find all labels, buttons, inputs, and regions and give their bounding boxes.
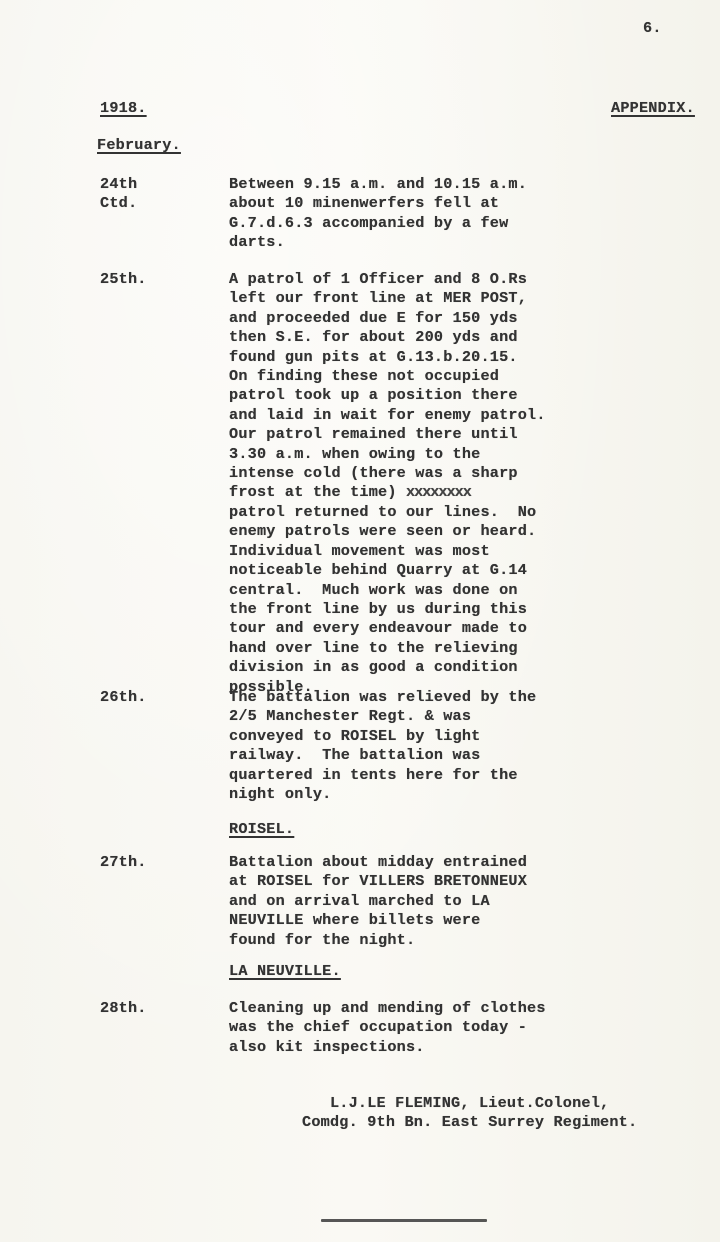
entry-text-24th: Between 9.15 a.m. and 10.15 a.m. about 1… (229, 175, 527, 253)
entry-text-26th: The battalion was relieved by the 2/5 Ma… (229, 688, 536, 804)
entry-text-28th: Cleaning up and mending of clothes was t… (229, 999, 546, 1057)
struck-out-text: xxxxxxxx (406, 483, 471, 501)
entry-date-25th: 25th. (100, 270, 147, 289)
place-heading-roisel: ROISEL. (229, 820, 294, 839)
appendix-heading: APPENDIX. (611, 99, 695, 118)
entry-date-24th: 24th Ctd. (100, 175, 137, 214)
month-heading: February. (97, 136, 181, 155)
signature-line-1: L.J.LE FLEMING, Lieut.Colonel, (302, 1094, 609, 1113)
entry-date-26th: 26th. (100, 688, 147, 707)
entry-date-28th: 28th. (100, 999, 147, 1018)
entry-date-27th: 27th. (100, 853, 147, 872)
entry-text-25th: A patrol of 1 Officer and 8 O.Rs left ou… (229, 270, 546, 697)
entry-text-25th-part1: A patrol of 1 Officer and 8 O.Rs left ou… (229, 270, 546, 501)
closing-rule (321, 1219, 487, 1222)
page-number: 6. (643, 19, 662, 38)
typewritten-page: 6. 1918. APPENDIX. February. 24th Ctd. B… (0, 0, 720, 1242)
signature-line-2: Comdg. 9th Bn. East Surrey Regiment. (302, 1113, 637, 1132)
entry-text-25th-part2: patrol returned to our lines. No enemy p… (229, 503, 536, 696)
year-heading: 1918. (100, 99, 147, 118)
place-heading-la-neuville: LA NEUVILLE. (229, 962, 341, 981)
entry-text-27th: Battalion about midday entrained at ROIS… (229, 853, 527, 950)
